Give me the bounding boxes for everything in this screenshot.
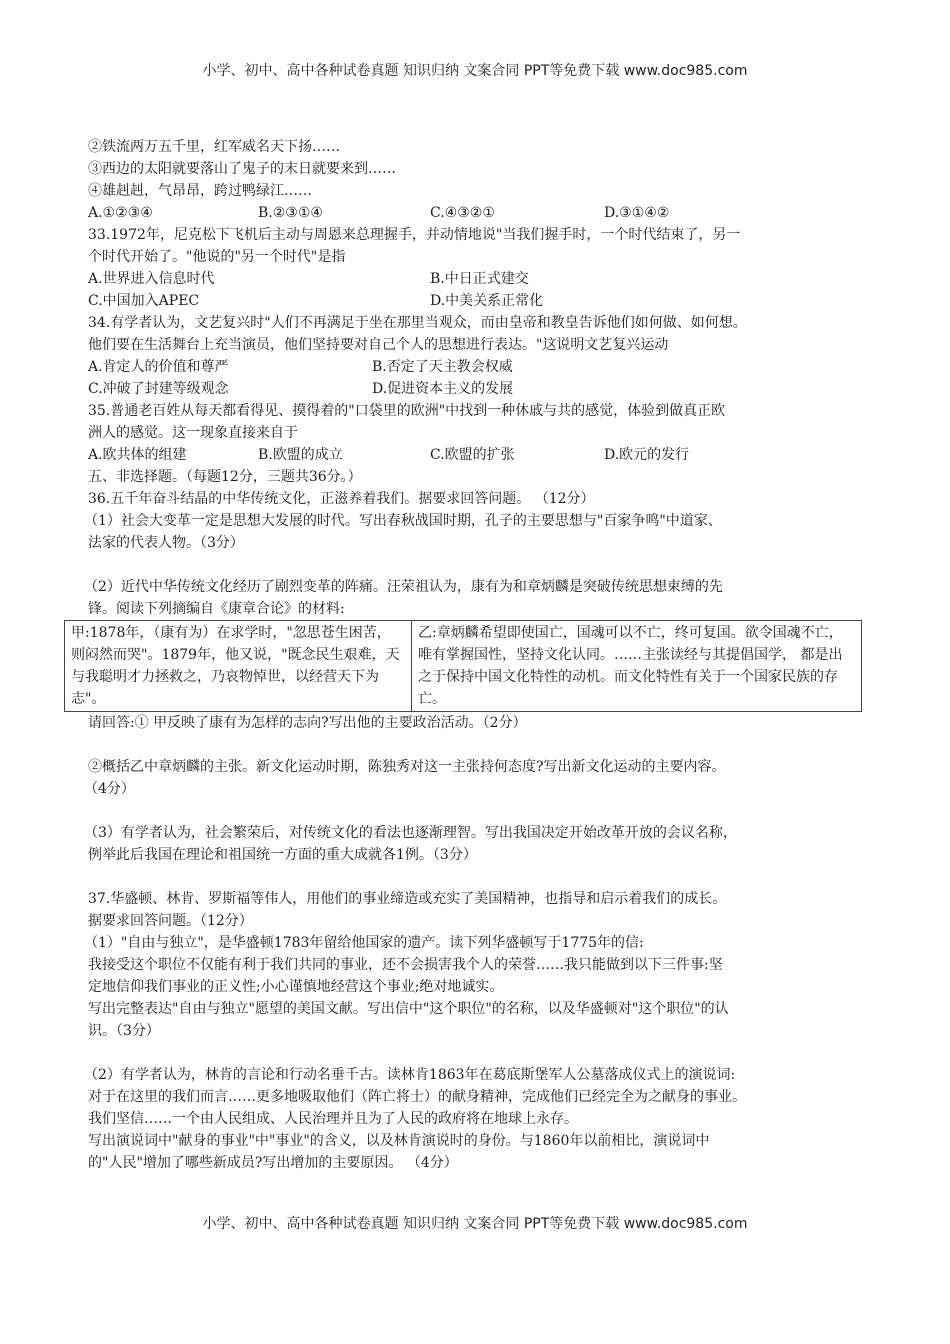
- q34-option-b: B.否定了天主教会权威: [372, 356, 513, 378]
- q36-stem: 36.五千年奋斗结晶的中华传统文化，正滋养着我们。据要求回答问题。 （12分）: [88, 488, 878, 510]
- q36-ask2-line2: （4分）: [84, 778, 878, 800]
- q36-part2-line1: （2）近代中华传统文化经历了剧烈变革的阵痛。汪荣祖认为，康有为和章炳麟是突破传统…: [84, 576, 878, 598]
- q34-options-row2: C.冲破了封建等级观念 D.促进资本主义的发展: [88, 378, 878, 400]
- material-jia: 甲:1878年，（康有为）在求学时，"忽思苍生困苦，则闷然而哭"。1879年，他…: [65, 621, 412, 712]
- header-banner: 小学、初中、高中各种试卷真题 知识归纳 文案合同 PPT等免费下载 www.do…: [0, 60, 950, 80]
- q32-options: A.①②③④ B.②③①④ C.④③②① D.③①④②: [88, 202, 878, 224]
- q36-part1-line2: 法家的代表人物。（3分）: [88, 532, 878, 554]
- q36-ask1: 请回答:① 甲反映了康有为怎样的志向?写出他的主要政治活动。（2分）: [88, 712, 878, 734]
- q33-options-row1: A.世界进入信息时代 B.中日正式建交: [88, 268, 878, 290]
- q33-option-a: A.世界进入信息时代: [88, 268, 430, 290]
- q34-options-row1: A.肯定人的价值和尊严 B.否定了天主教会权威: [88, 356, 878, 378]
- q37-part1-line5: 识。（3分）: [88, 1020, 878, 1042]
- q35-stem-line1: 35.普通老百姓从每天都看得见、摸得着的"口袋里的欧洲"中找到一种休戚与共的感觉…: [88, 400, 878, 422]
- q33-options-row2: C.中国加入APEC D.中美关系正常化: [88, 290, 878, 312]
- q37-part2-line2: 对于在这里的我们而言……更多地吸取他们（阵亡将士）的献身精神，完成他们已经完全为…: [88, 1086, 878, 1108]
- q33-option-d: D.中美关系正常化: [430, 290, 543, 312]
- q37-stem-line2: 据要求回答问题。（12分）: [88, 910, 878, 932]
- q37-part2-line4: 写出演说词中"献身的事业"中"事业"的含义，以及林肯演说时的身份。与1860年以…: [88, 1130, 878, 1152]
- q35-option-a: A.欧共体的组建: [88, 444, 258, 466]
- q32-item-2: ②铁流两万五千里，红军威名天下扬……: [88, 136, 878, 158]
- section-5-title: 五、非选择题。（每题12分，三题共36分。）: [88, 466, 878, 488]
- material-yi: 乙:章炳麟希望即使国亡，国魂可以不亡，终可复国。欲令国魂不亡，唯有掌握国性，坚持…: [412, 621, 862, 712]
- q36-part1-line1: （1）社会大变革一定是思想大发展的时代。写出春秋战国时期，孔子的主要思想与"百家…: [84, 510, 878, 532]
- q37-part2-line5: 的"人民"增加了哪些新成员?写出增加的主要原因。 （4分）: [88, 1152, 878, 1174]
- q36-ask2-line1: ②概括乙中章炳麟的主张。新文化运动时期，陈独秀对这一主张持何态度?写出新文化运动…: [88, 756, 878, 778]
- q32-option-a: A.①②③④: [88, 202, 258, 224]
- q34-option-d: D.促进资本主义的发展: [372, 378, 513, 400]
- q37-part1-line1: （1）"自由与独立"，是华盛顿1783年留给他国家的遗产。读下列华盛顿写于177…: [84, 932, 878, 954]
- footer-banner: 小学、初中、高中各种试卷真题 知识归纳 文案合同 PPT等免费下载 www.do…: [0, 1213, 950, 1233]
- q33-stem-line1: 33.1972年，尼克松下飞机后主动与周恩来总理握手，并动情地说"当我们握手时，…: [88, 224, 878, 246]
- q37-part1-line2: 我接受这个职位不仅能有利于我们共同的事业，还不会损害我个人的荣誉……我只能做到以…: [88, 954, 878, 976]
- q32-option-c: C.④③②①: [430, 202, 604, 224]
- q37-part2-line1: （2）有学者认为，林肯的言论和行动名垂千古。读林肯1863年在葛底斯堡军人公墓落…: [84, 1064, 878, 1086]
- q33-option-b: B.中日正式建交: [430, 268, 529, 290]
- material-table: 甲:1878年，（康有为）在求学时，"忽思苍生困苦，则闷然而哭"。1879年，他…: [64, 620, 862, 712]
- q34-option-c: C.冲破了封建等级观念: [88, 378, 372, 400]
- q36-part3-line1: （3）有学者认为，社会繁荣后，对传统文化的看法也逐渐理智。写出我国决定开始改革开…: [84, 822, 878, 844]
- exam-content: ②铁流两万五千里，红军威名天下扬…… ③西边的太阳就要落山了鬼子的末日就要来到……: [88, 136, 878, 1174]
- q37-stem-line1: 37.华盛顿、林肯、罗斯福等伟人，用他们的事业缔造或充实了美国精神，也指导和启示…: [88, 888, 878, 910]
- q36-part2-line2: 锋。阅读下列摘编自《康章合论》的材料:: [88, 598, 878, 620]
- q35-options: A.欧共体的组建 B.欧盟的成立 C.欧盟的扩张 D.欧元的发行: [88, 444, 878, 466]
- q36-part3-line2: 例举此后我国在理论和祖国统一方面的重大成就各1例。（3分）: [88, 844, 878, 866]
- q33-stem-line2: 个时代开始了。"他说的"另一个时代"是指: [88, 246, 878, 268]
- q35-stem-line2: 洲人的感觉。这一现象直接来自于: [88, 422, 878, 444]
- q32-option-b: B.②③①④: [258, 202, 430, 224]
- q35-option-d: D.欧元的发行: [604, 444, 689, 466]
- q37-part2-line3: 我们坚信……一个由人民组成、人民治理并且为了人民的政府将在地球上永存。: [88, 1108, 878, 1130]
- q37-part1-line3: 定地信仰我们事业的正义性;小心谨慎地经营这个事业;绝对地诚实。: [88, 976, 878, 998]
- q35-option-b: B.欧盟的成立: [258, 444, 430, 466]
- q35-option-c: C.欧盟的扩张: [430, 444, 604, 466]
- q37-part1-line4: 写出完整表达"自由与独立"愿望的美国文献。写出信中"这个职位"的名称，以及华盛顿…: [88, 998, 878, 1020]
- q34-option-a: A.肯定人的价值和尊严: [88, 356, 372, 378]
- q33-option-c: C.中国加入APEC: [88, 290, 430, 312]
- q32-item-4: ④雄赳赳，气昂昂，跨过鸭绿江……: [88, 180, 878, 202]
- q32-option-d: D.③①④②: [604, 202, 669, 224]
- q34-stem-line2: 他们要在生活舞台上充当演员，他们坚持要对自己个人的思想进行表达。"这说明文艺复兴…: [88, 334, 878, 356]
- q34-stem-line1: 34.有学者认为，文艺复兴时"人们不再满足于坐在那里当观众，而由皇帝和教皇告诉他…: [88, 312, 878, 334]
- q32-item-3: ③西边的太阳就要落山了鬼子的末日就要来到……: [88, 158, 878, 180]
